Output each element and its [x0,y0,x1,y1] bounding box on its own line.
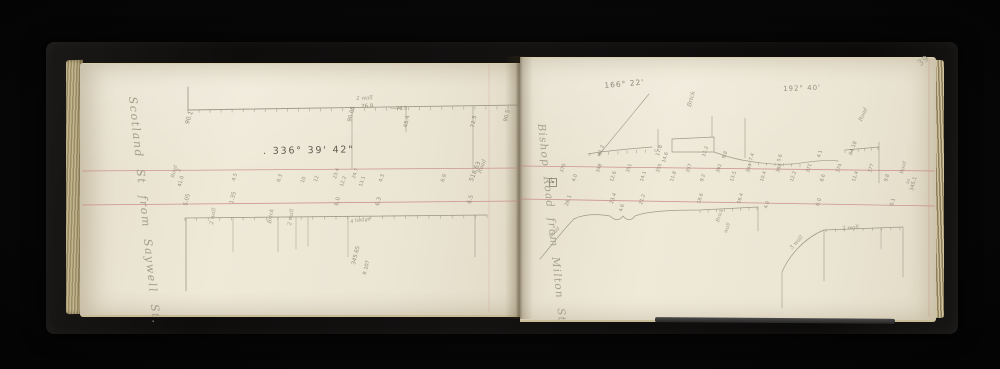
right-page [520,57,936,322]
gutter-shadow [505,56,533,319]
left-page [80,63,520,317]
notebook-photo: 90.190.0545.472.590.52 wall76.876.52Road… [0,0,1000,369]
benchmark-icon [549,178,557,187]
page-edges-right [936,60,944,318]
